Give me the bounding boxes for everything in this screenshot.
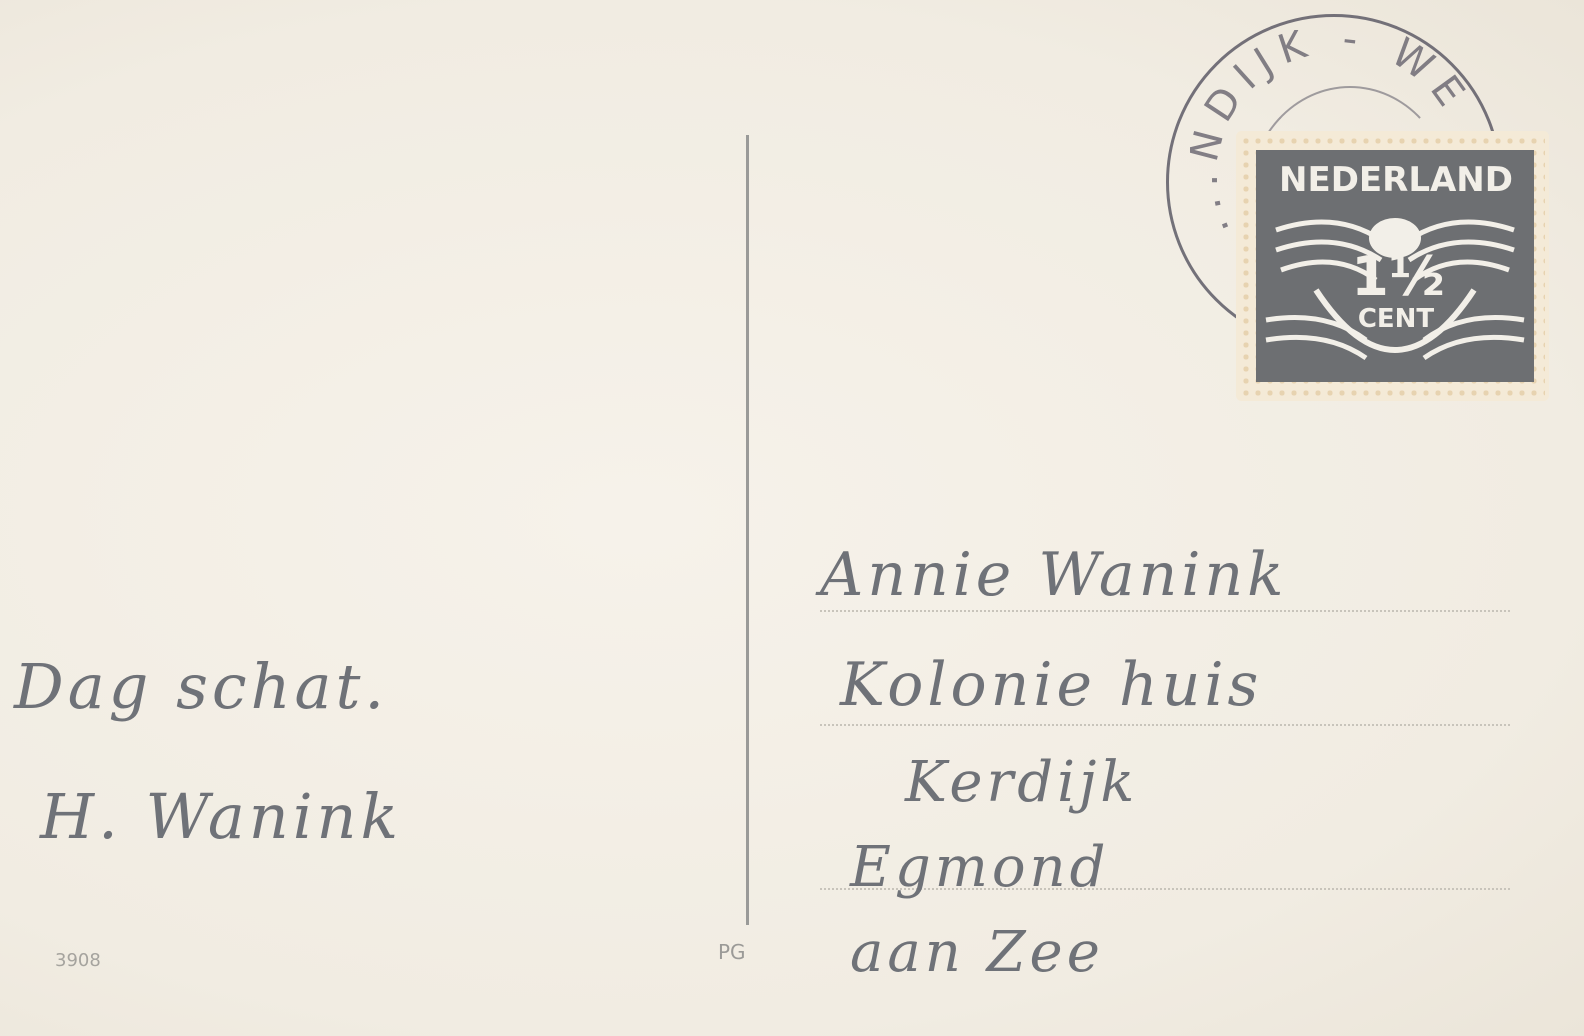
stamp-country-label: NEDERLAND bbox=[1262, 160, 1530, 200]
address-dotted-line-1 bbox=[820, 610, 1510, 612]
address-line-name: Annie Wanink bbox=[820, 540, 1287, 610]
message-greeting: Dag schat. bbox=[14, 650, 388, 723]
address-line-street: Kerdijk bbox=[905, 750, 1138, 815]
center-divider-line bbox=[746, 135, 749, 925]
address-line-city: Egmond bbox=[850, 835, 1109, 900]
address-line-institution: Kolonie huis bbox=[840, 650, 1262, 720]
card-number: 3908 bbox=[55, 950, 101, 971]
message-signature: H. Wanink bbox=[40, 780, 402, 853]
stamp-unit: CENT bbox=[1346, 304, 1446, 334]
stamp-value: 1½ bbox=[1348, 250, 1448, 304]
address-line-city-suffix: aan Zee bbox=[850, 920, 1104, 985]
publisher-logo: PG bbox=[718, 940, 746, 964]
address-dotted-line-2 bbox=[820, 724, 1510, 726]
